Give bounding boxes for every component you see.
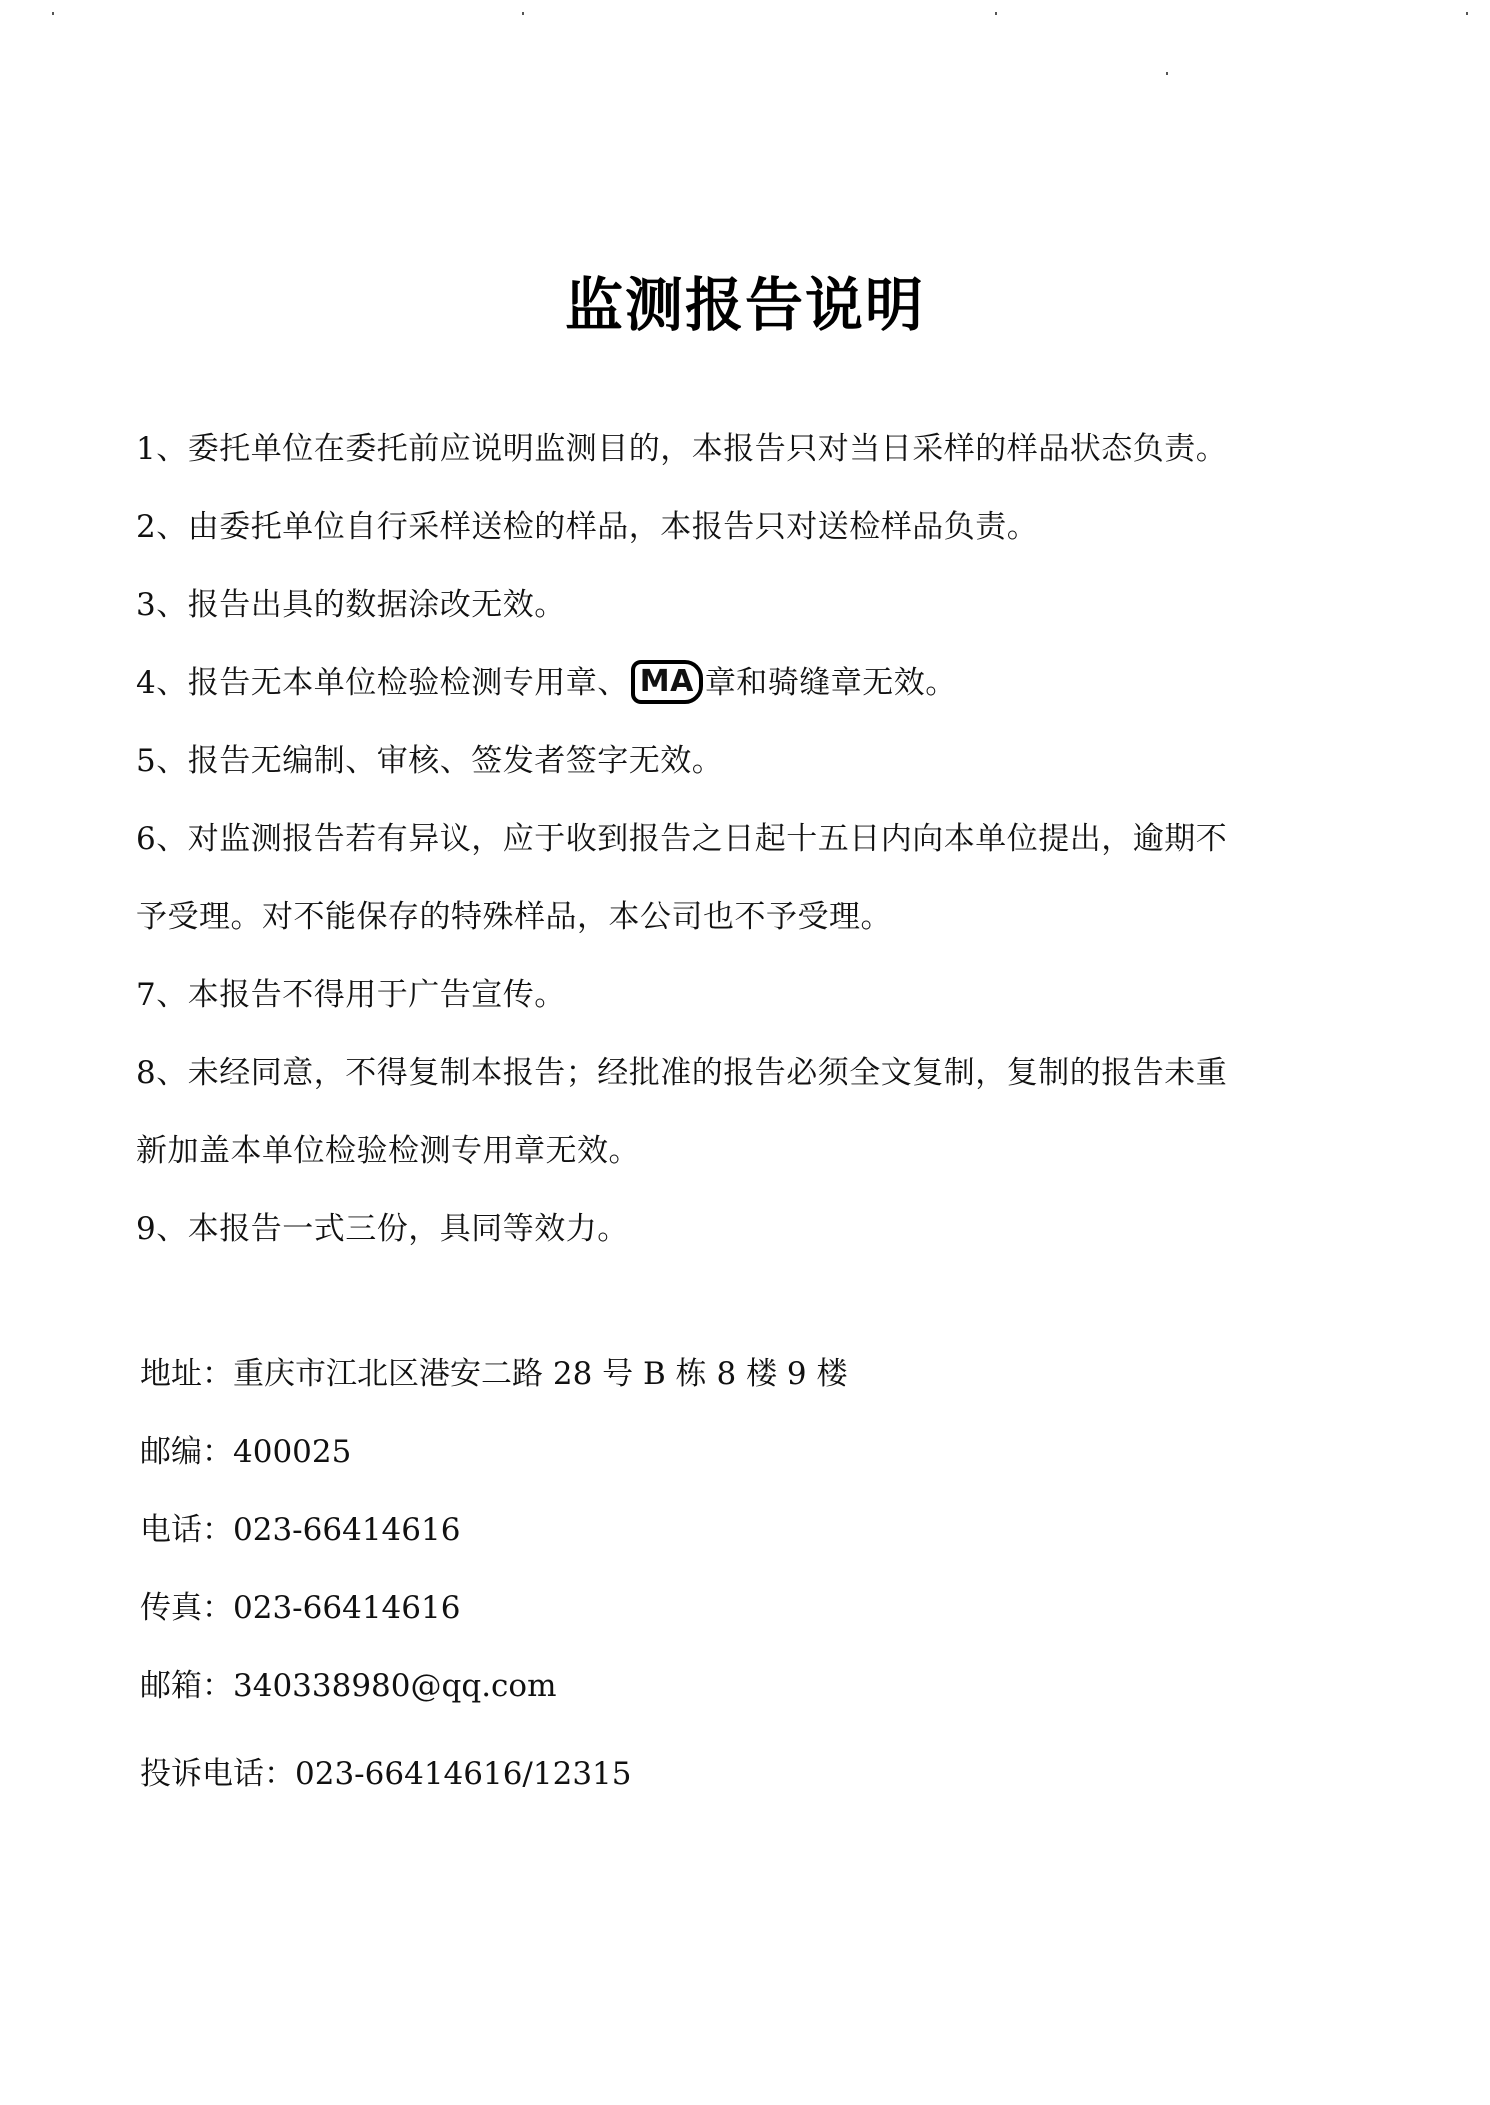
note-text: 章和骑缝章无效。 — [705, 665, 957, 701]
page-title: 监测报告说明 — [0, 258, 1490, 342]
note-text: 报告出具的数据涂改无效。 — [188, 587, 566, 623]
note-number: 8、 — [136, 1055, 188, 1091]
note-text: 由委托单位自行采样送检的样品，本报告只对送检样品负责。 — [188, 509, 1039, 545]
note-item-8-continuation: 新加盖本单位检验检测专用章无效。 — [136, 1112, 1356, 1190]
complaint-phone-line: 投诉电话：023-66414616/12315 — [140, 1735, 1140, 1813]
note-number: 9、 — [136, 1211, 188, 1247]
fax-line: 传真：023-66414616 — [140, 1569, 1140, 1647]
note-item-1: 1、委托单位在委托前应说明监测目的，本报告只对当日采样的样品状态负责。 — [136, 410, 1356, 488]
notes-list: 1、委托单位在委托前应说明监测目的，本报告只对当日采样的样品状态负责。 2、由委… — [136, 410, 1356, 1268]
note-number: 5、 — [136, 743, 188, 779]
address-line: 地址：重庆市江北区港安二路 28 号 B 栋 8 楼 9 楼 — [140, 1335, 1140, 1413]
scan-speck — [52, 12, 54, 15]
note-text: 本报告一式三份，具同等效力。 — [188, 1211, 629, 1247]
email-value: 340338980@qq.com — [233, 1668, 556, 1704]
note-number: 6、 — [136, 821, 188, 857]
address-value: 重庆市江北区港安二路 28 号 B 栋 8 楼 9 楼 — [233, 1356, 848, 1392]
email-line: 邮箱：340338980@qq.com — [140, 1647, 1140, 1725]
postcode-label: 邮编： — [140, 1434, 233, 1470]
note-number: 2、 — [136, 509, 188, 545]
note-text: 本报告不得用于广告宣传。 — [188, 977, 566, 1013]
fax-value: 023-66414616 — [233, 1590, 460, 1626]
note-number: 4、 — [136, 665, 188, 701]
note-item-8: 8、未经同意，不得复制本报告；经批准的报告必须全文复制，复制的报告未重 — [136, 1034, 1356, 1112]
note-text: 报告无编制、审核、签发者签字无效。 — [188, 743, 724, 779]
note-text: 对监测报告若有异议，应于收到报告之日起十五日内向本单位提出，逾期不 — [188, 821, 1228, 857]
note-item-6: 6、对监测报告若有异议，应于收到报告之日起十五日内向本单位提出，逾期不 — [136, 800, 1356, 878]
note-number: 1、 — [136, 431, 188, 467]
scan-speck — [995, 12, 997, 15]
note-text: 未经同意，不得复制本报告；经批准的报告必须全文复制，复制的报告未重 — [188, 1055, 1228, 1091]
complaint-phone-label: 投诉电话： — [140, 1756, 295, 1792]
note-item-5: 5、报告无编制、审核、签发者签字无效。 — [136, 722, 1356, 800]
note-number: 7、 — [136, 977, 188, 1013]
cma-seal-icon: MA — [631, 660, 703, 704]
fax-label: 传真： — [140, 1590, 233, 1626]
phone-value: 023-66414616 — [233, 1512, 460, 1548]
note-item-3: 3、报告出具的数据涂改无效。 — [136, 566, 1356, 644]
scan-speck — [1466, 12, 1468, 15]
address-label: 地址： — [140, 1356, 233, 1392]
note-item-6-continuation: 予受理。对不能保存的特殊样品，本公司也不予受理。 — [136, 878, 1356, 956]
note-item-9: 9、本报告一式三份，具同等效力。 — [136, 1190, 1356, 1268]
scan-speck — [522, 12, 524, 15]
note-item-7: 7、本报告不得用于广告宣传。 — [136, 956, 1356, 1034]
note-item-4: 4、报告无本单位检验检测专用章、MA章和骑缝章无效。 — [136, 644, 1356, 722]
contact-info: 地址：重庆市江北区港安二路 28 号 B 栋 8 楼 9 楼 邮编：400025… — [140, 1335, 1140, 1813]
note-text: 委托单位在委托前应说明监测目的，本报告只对当日采样的样品状态负责。 — [188, 431, 1228, 467]
phone-line: 电话：023-66414616 — [140, 1491, 1140, 1569]
note-number: 3、 — [136, 587, 188, 623]
phone-label: 电话： — [140, 1512, 233, 1548]
complaint-phone-value: 023-66414616/12315 — [295, 1756, 632, 1792]
email-label: 邮箱： — [140, 1668, 233, 1704]
postcode-value: 400025 — [233, 1434, 351, 1470]
note-text: 报告无本单位检验检测专用章、 — [188, 665, 629, 701]
postcode-line: 邮编：400025 — [140, 1413, 1140, 1491]
scan-speck — [1166, 72, 1168, 75]
note-item-2: 2、由委托单位自行采样送检的样品，本报告只对送检样品负责。 — [136, 488, 1356, 566]
